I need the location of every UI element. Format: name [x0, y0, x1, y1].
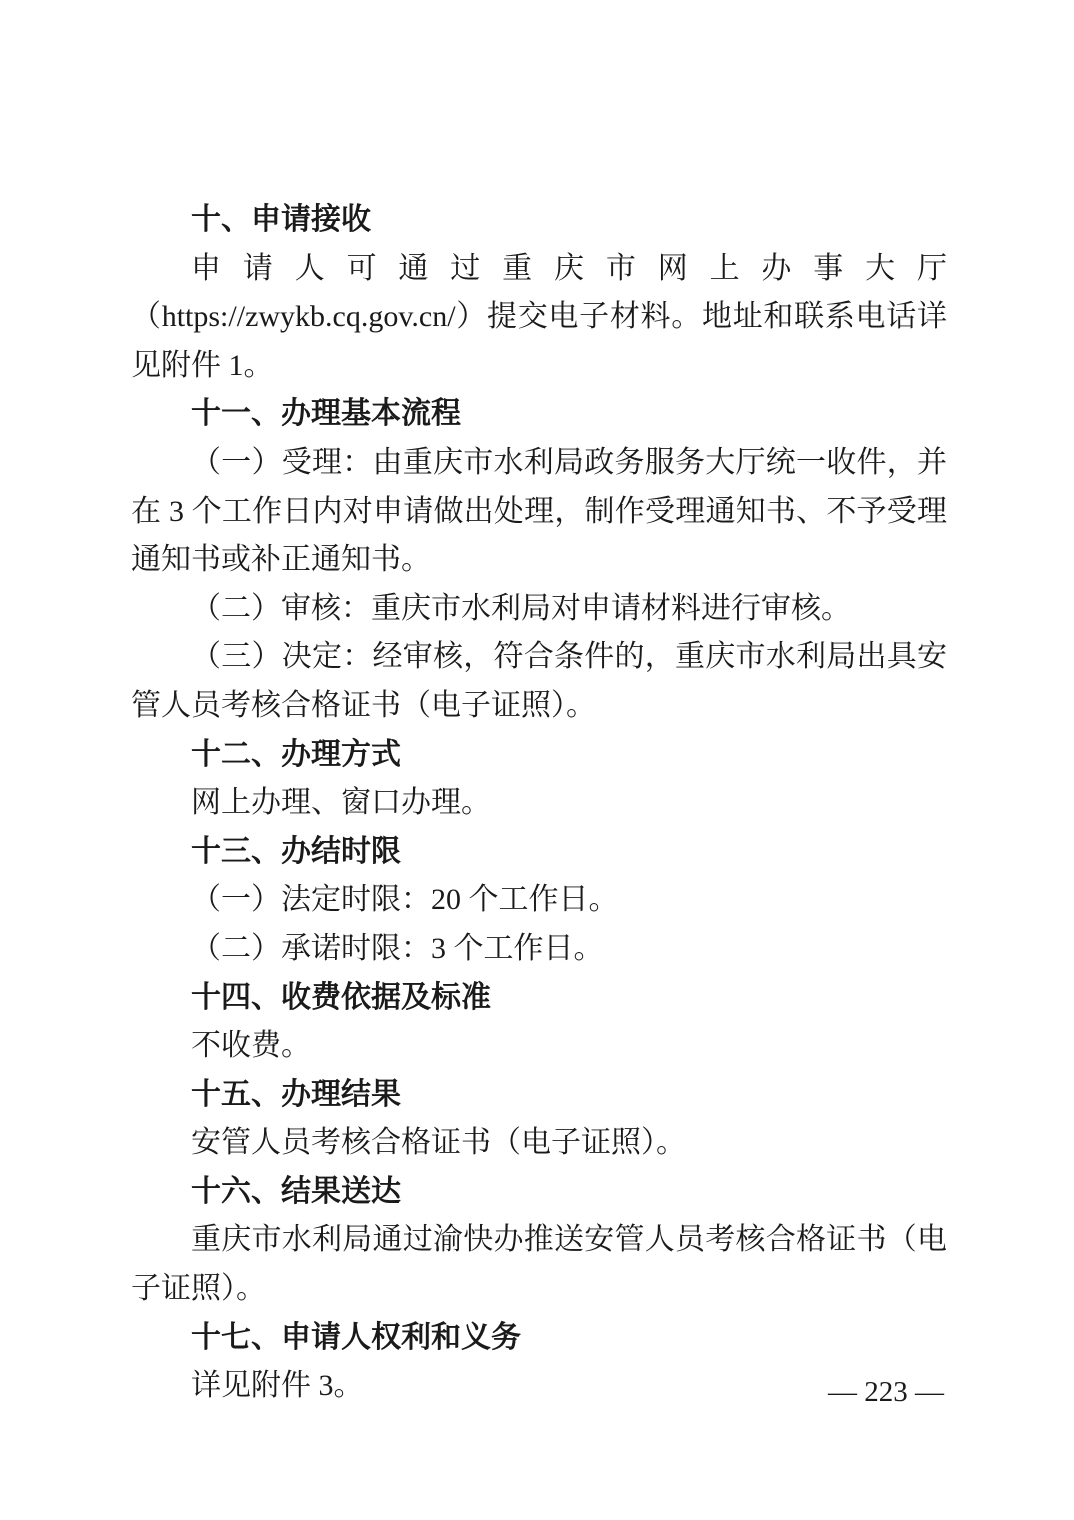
paragraph: （一）法定时限：20 个工作日。 [131, 876, 947, 925]
paragraph: 不收费。 [131, 1022, 947, 1071]
paragraph: （三）决定：经审核，符合条件的，重庆市水利局出具安管人员考核合格证书（电子证照）… [131, 633, 947, 730]
paragraph: 网上办理、窗口办理。 [131, 779, 947, 828]
section-heading: 十五、办理结果 [131, 1071, 947, 1120]
section-heading: 十六、结果送达 [131, 1168, 947, 1217]
paragraph: 安管人员考核合格证书（电子证照）。 [131, 1119, 947, 1168]
section-heading: 十七、申请人权利和义务 [131, 1314, 947, 1363]
section-heading: 十二、办理方式 [131, 731, 947, 780]
paragraph: （一）受理：由重庆市水利局政务服务大厅统一收件，并在 3 个工作日内对申请做出处… [131, 439, 947, 585]
section-heading: 十三、办结时限 [131, 828, 947, 877]
paragraph: 详见附件 3。 [131, 1362, 947, 1411]
section-heading: 十四、收费依据及标准 [131, 974, 947, 1023]
page-number: — 223 — [828, 1372, 944, 1412]
paragraph: 重庆市水利局通过渝快办推送安管人员考核合格证书（电子证照）。 [131, 1216, 947, 1313]
section-heading: 十、申请接收 [131, 196, 947, 245]
paragraph: （二）审核：重庆市水利局对申请材料进行审核。 [131, 585, 947, 634]
document-body: 十、申请接收申请人可通过重庆市网上办事大厅（https://zwykb.cq.g… [131, 196, 947, 1411]
document-page: 十、申请接收申请人可通过重庆市网上办事大厅（https://zwykb.cq.g… [0, 0, 1074, 1520]
paragraph: 申请人可通过重庆市网上办事大厅（https://zwykb.cq.gov.cn/… [131, 245, 947, 391]
section-heading: 十一、办理基本流程 [131, 390, 947, 439]
paragraph: （二）承诺时限：3 个工作日。 [131, 925, 947, 974]
